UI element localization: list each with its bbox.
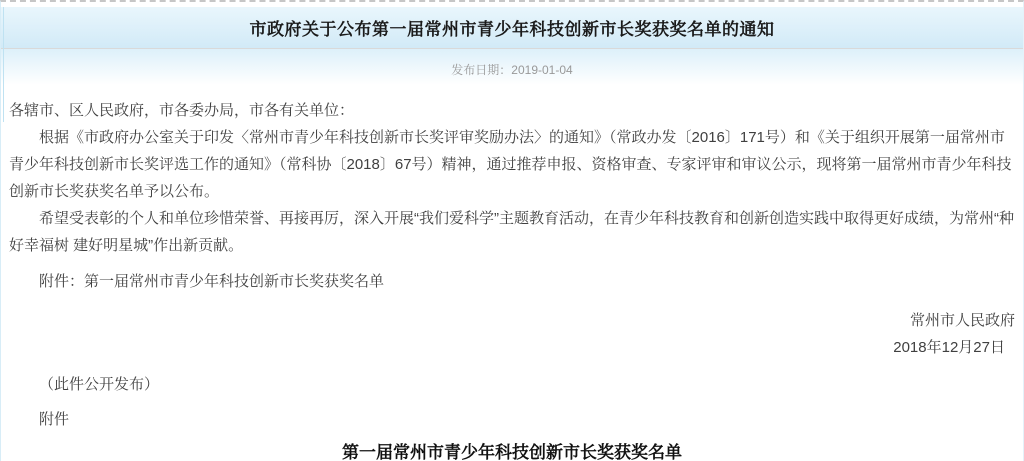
notice-body: 各辖市、区人民政府，市各委办局，市各有关单位： 根据《市政府办公室关于印发〈常州… xyxy=(1,89,1023,461)
public-release-note: （此件公开发布） xyxy=(9,371,1015,398)
signature-organization: 常州市人民政府 xyxy=(9,307,1015,334)
body-paragraph: 希望受表彰的个人和单位珍惜荣誉、再接再厉，深入开展“我们爱科学”主题教育活动，在… xyxy=(9,205,1015,259)
signature-date: 2018年12月27日 xyxy=(9,334,1015,361)
page-title: 市政府关于公布第一届常州市青少年科技创新市长奖获奖名单的通知 xyxy=(250,15,775,40)
salutation-line: 各辖市、区人民政府，市各委办局，市各有关单位： xyxy=(9,97,1015,124)
notice-title-band: 市政府关于公布第一届常州市青少年科技创新市长奖获奖名单的通知 xyxy=(1,7,1023,49)
body-paragraph: 根据《市政府办公室关于印发〈常州市青少年科技创新市长奖评审奖励办法〉的通知》（常… xyxy=(9,124,1015,205)
publish-date: 发布日期：2019-01-04 xyxy=(451,61,572,78)
notice-page: 市政府关于公布第一届常州市青少年科技创新市长奖获奖名单的通知 发布日期：2019… xyxy=(0,0,1024,461)
appendix-title: 第一届常州市青少年科技创新市长奖获奖名单 xyxy=(9,439,1015,461)
appendix-label: 附件 xyxy=(9,406,1015,433)
attachment-reference-line: 附件：第一届常州市青少年科技创新市长奖获奖名单 xyxy=(9,268,1015,295)
publish-date-bar: 发布日期：2019-01-04 xyxy=(1,49,1023,89)
signature-block: 常州市人民政府 2018年12月27日 xyxy=(9,307,1015,361)
